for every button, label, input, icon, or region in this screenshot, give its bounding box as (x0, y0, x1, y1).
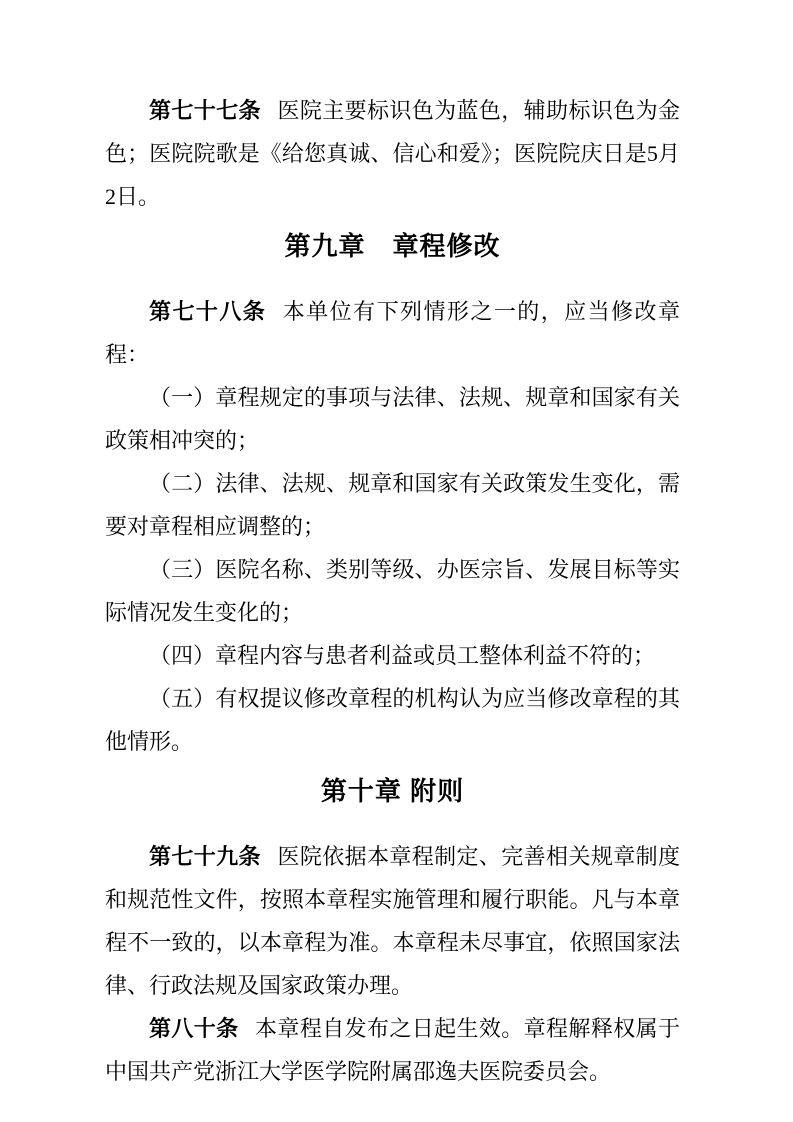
article-79-label: 第七十九条 (149, 844, 261, 869)
article-78-item-4: （四）章程内容与患者利益或员工整体利益不符的； (105, 634, 680, 677)
chapter-10-heading: 第十章 附则 (105, 771, 680, 811)
article-78-item-2: （二）法律、法规、规章和国家有关政策发生变化，需要对章程相应调整的； (105, 462, 680, 548)
article-80-paragraph: 第八十条本章程自发布之日起生效。章程解释权属于中国共产党浙江大学医学院附属邵逸夫… (105, 1007, 680, 1093)
article-78-item-1: （一）章程规定的事项与法律、法规、规章和国家有关政策相冲突的； (105, 376, 680, 462)
article-78-label: 第七十八条 (149, 299, 266, 324)
article-78-item-3: （三）医院名称、类别等级、办医宗旨、发展目标等实际情况发生变化的； (105, 548, 680, 634)
chapter-9-heading: 第九章 章程修改 (105, 226, 680, 266)
article-78-item-5: （五）有权提议修改章程的机构认为应当修改章程的其他情形。 (105, 677, 680, 763)
article-80-label: 第八十条 (149, 1016, 239, 1041)
article-78-paragraph: 第七十八条本单位有下列情形之一的，应当修改章程： (105, 290, 680, 376)
document-content: 第七十七条医院主要标识色为蓝色，辅助标识色为金色；医院院歌是《给您真诚、信心和爱… (105, 89, 680, 1093)
article-79-paragraph: 第七十九条医院依据本章程制定、完善相关规章制度和规范性文件，按照本章程实施管理和… (105, 835, 680, 1007)
article-77-label: 第七十七条 (149, 98, 261, 123)
document-page: 第七十七条医院主要标识色为蓝色，辅助标识色为金色；医院院歌是《给您真诚、信心和爱… (0, 0, 793, 1122)
article-77-paragraph: 第七十七条医院主要标识色为蓝色，辅助标识色为金色；医院院歌是《给您真诚、信心和爱… (105, 89, 680, 218)
